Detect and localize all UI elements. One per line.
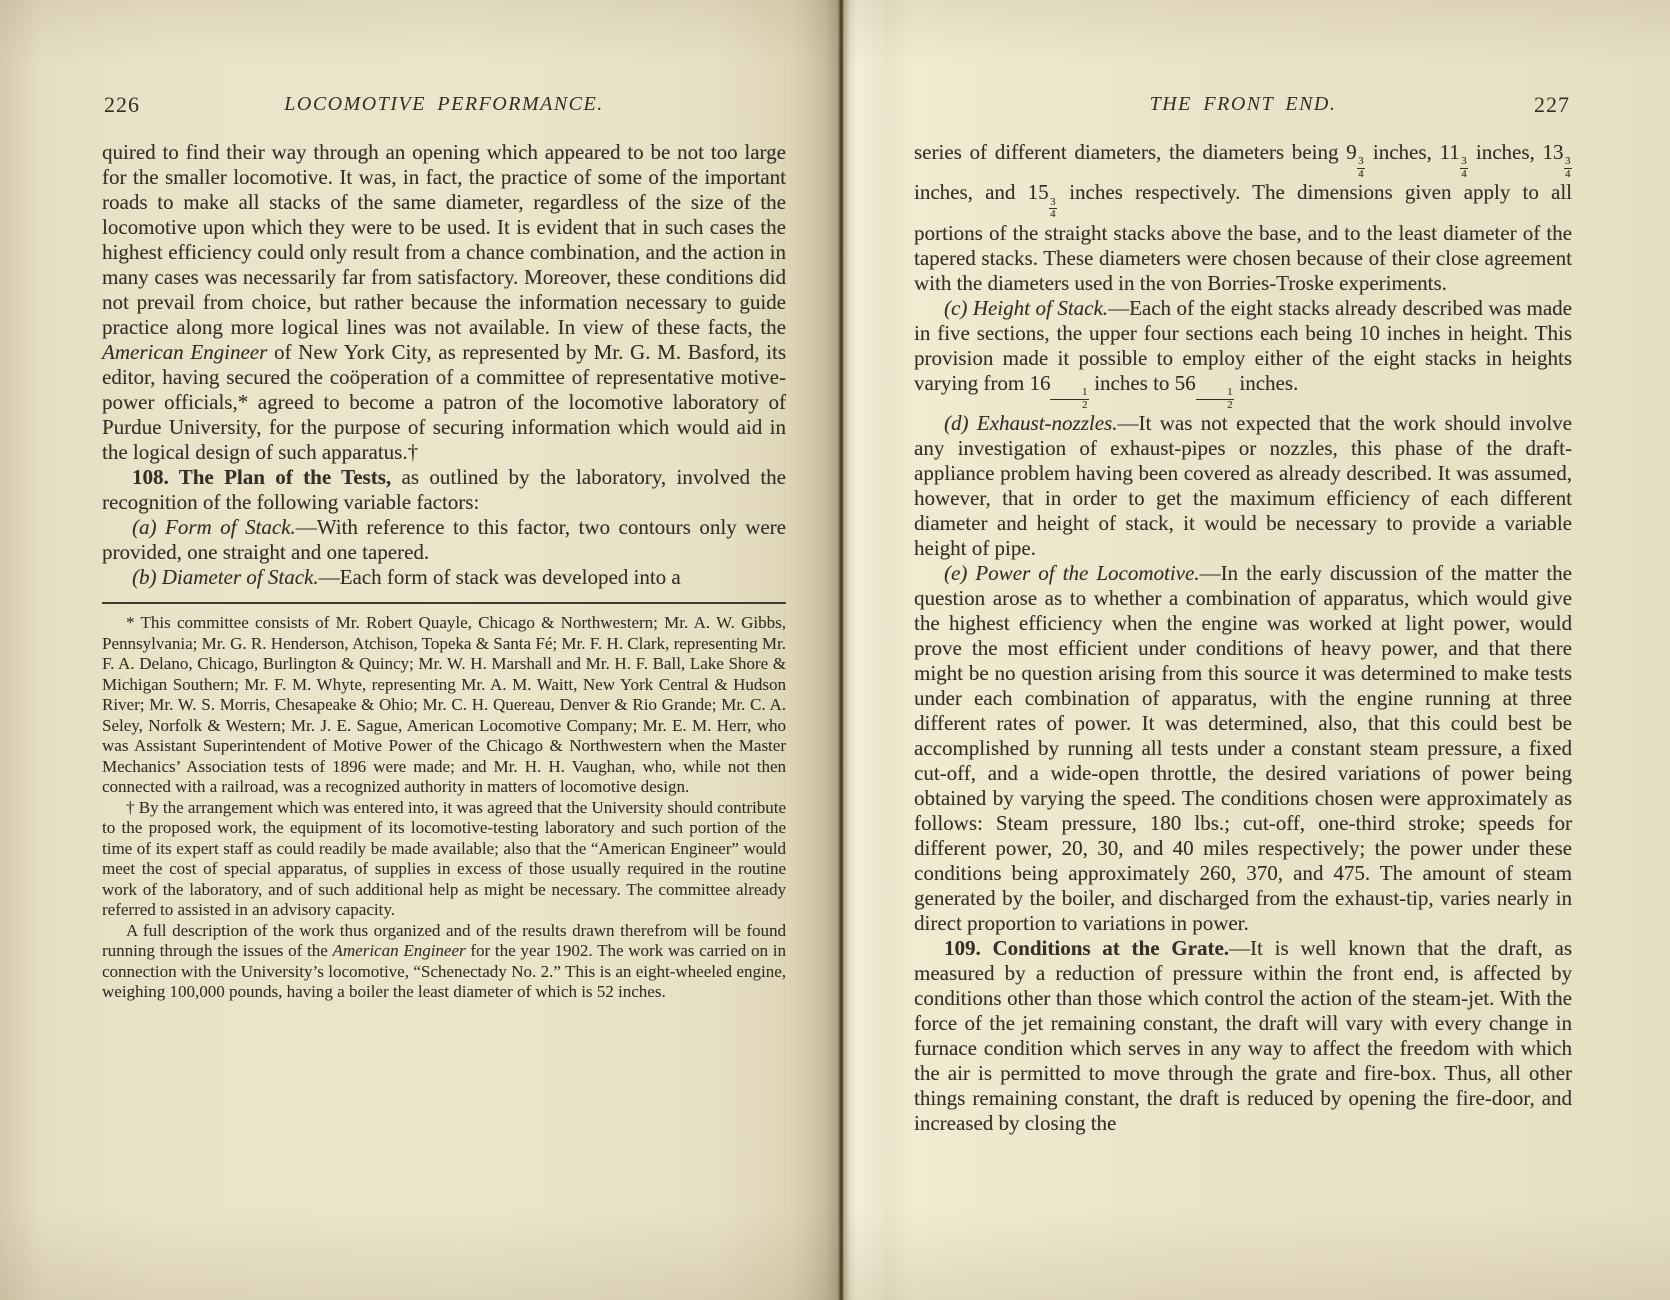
text-segment: —Each form of stack was developed into a	[319, 565, 681, 589]
left-running-title: LOCOMOTIVE PERFORMANCE.	[102, 93, 786, 116]
text-segment: 109. Conditions at the Grate.	[944, 936, 1229, 960]
text-segment: —It is well known that the draft, as mea…	[914, 936, 1572, 1135]
paragraph: A full description of the work thus orga…	[102, 921, 786, 1003]
text-segment: (e) Power of the Locomotive.	[944, 561, 1200, 585]
fraction: 12	[1196, 387, 1234, 411]
paragraph: * This committee consists of Mr. Robert …	[102, 613, 786, 798]
text-segment: inches.	[1234, 371, 1298, 395]
paragraph: 108. The Plan of the Tests, as outlined …	[102, 465, 786, 515]
paragraph: (d) Exhaust-nozzles.—It was not expected…	[914, 411, 1572, 561]
right-page-number: 227	[1534, 92, 1570, 118]
paragraph: series of different diameters, the diame…	[914, 140, 1572, 296]
fraction: 34	[1460, 156, 1468, 180]
text-segment: (d) Exhaust-nozzles.	[944, 411, 1117, 435]
text-segment: * This committee consists of Mr. Robert …	[102, 613, 786, 796]
text-segment: (b) Diameter of Stack.	[132, 565, 319, 589]
paragraph: quired to find their way through an open…	[102, 140, 786, 465]
fraction: 34	[1564, 156, 1572, 180]
fraction: 12	[1050, 387, 1088, 411]
text-segment: (a) Form of Stack.	[132, 515, 296, 539]
paragraph: (a) Form of Stack.—With reference to thi…	[102, 515, 786, 565]
text-segment: American Engineer	[102, 340, 267, 364]
fraction: 34	[1357, 156, 1365, 180]
paragraph: † By the arrangement which was entered i…	[102, 798, 786, 921]
text-segment: —In the early discussion of the matter t…	[914, 561, 1572, 935]
text-segment: inches to 56	[1089, 371, 1196, 395]
fraction: 34	[1049, 197, 1057, 221]
right-running-title: THE FRONT END.	[914, 93, 1572, 116]
text-segment: 108. The Plan of the Tests,	[132, 465, 391, 489]
paragraph: 109. Conditions at the Grate.—It is well…	[914, 936, 1572, 1136]
left-page-footnotes: * This committee consists of Mr. Robert …	[102, 613, 786, 1003]
left-page-body: quired to find their way through an open…	[102, 140, 786, 590]
right-page-header: THE FRONT END. 227	[914, 92, 1572, 122]
text-segment: inches, 11	[1365, 140, 1460, 164]
text-segment: (c) Height of Stack.	[944, 296, 1108, 320]
paragraph: (b) Diameter of Stack.—Each form of stac…	[102, 565, 786, 590]
left-page-header: 226 LOCOMOTIVE PERFORMANCE.	[102, 92, 786, 122]
right-page: THE FRONT END. 227 series of different d…	[914, 92, 1572, 1136]
footnote-rule	[102, 602, 786, 604]
left-page: 226 LOCOMOTIVE PERFORMANCE. quired to fi…	[102, 92, 786, 1003]
text-segment: American Engineer	[333, 941, 466, 960]
text-segment: inches, and 15	[914, 180, 1049, 204]
paragraph: (e) Power of the Locomotive.—In the earl…	[914, 561, 1572, 936]
right-page-body: series of different diameters, the diame…	[914, 140, 1572, 1136]
text-segment: inches, 13	[1468, 140, 1563, 164]
text-segment: series of different diameters, the diame…	[914, 140, 1357, 164]
text-segment: quired to find their way through an open…	[102, 140, 786, 339]
text-segment: † By the arrangement which was entered i…	[102, 798, 786, 920]
paragraph: (c) Height of Stack.—Each of the eight s…	[914, 296, 1572, 411]
